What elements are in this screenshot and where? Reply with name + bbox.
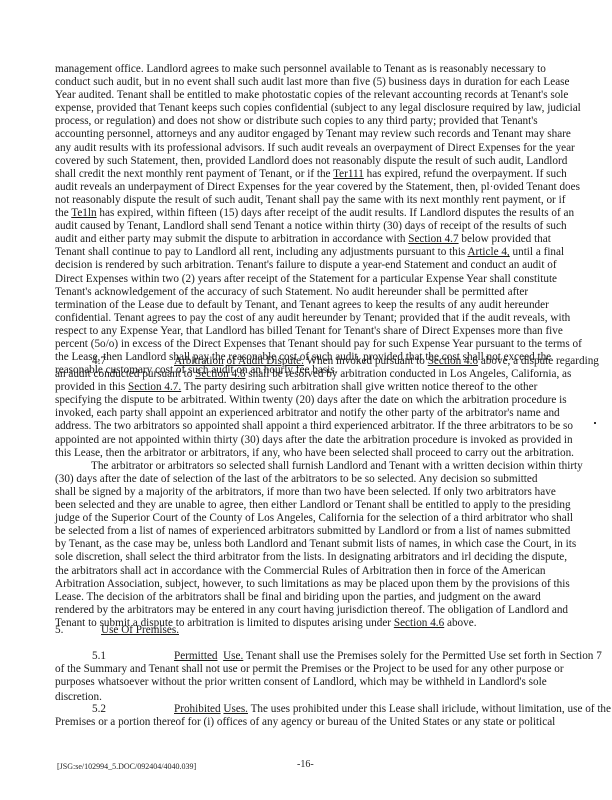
text-line: any audit results with its professional …	[55, 142, 603, 155]
text-line: conduct such audit, but in no event shal…	[55, 76, 603, 89]
section-title: of Audit Dispute.	[227, 355, 304, 367]
defined-term-term: Ter111	[333, 168, 364, 180]
text-span: The party desiring such arbitration shal…	[181, 381, 537, 393]
text-span: When invoked pursuant to	[304, 355, 428, 367]
section-4-6-reference: Section 4.6	[195, 368, 245, 380]
text-line: The arbitrator or arbitrators so selecte…	[55, 460, 603, 473]
text-line: not reasonably dispute the result of suc…	[55, 194, 603, 207]
text-span: Tenant shall use the Premises solely for…	[243, 650, 602, 662]
text-span: provided in this	[55, 381, 128, 393]
heading-line: 5.Use Of Premises.	[55, 624, 603, 637]
text-line: shall credit the next monthly rent payme…	[55, 168, 603, 181]
text-line: respect to any Expense Year, that Landlo…	[55, 325, 603, 338]
section-number: 5.2	[55, 703, 138, 716]
text-line: an audit conducted pursuant to Section 4…	[55, 368, 603, 381]
section-heading-line: 5.2Prohibited Uses. The uses prohibited …	[55, 703, 603, 716]
section-5-2: 5.2Prohibited Uses. The uses prohibited …	[55, 703, 603, 729]
text-line: shall be signed by a majority of the arb…	[55, 486, 603, 499]
text-line: the arbitrators shall act in accordance …	[55, 565, 603, 578]
text-span: The arbitrator or arbitrators so selecte…	[91, 460, 583, 472]
text-line: Premises or a portion thereof for (i) of…	[55, 716, 603, 729]
text-line: this Lease, then the arbitrator or arbit…	[55, 447, 603, 460]
text-line: purposes whatsoever without the prior wr…	[55, 676, 603, 689]
section-5-1: 5.1Permitted Use. Tenant shall use the P…	[55, 650, 603, 704]
section-4-7: 4.7Arbitration of Audit Dispute. When in…	[55, 355, 603, 630]
text-line: Tenant shall continue to pay to Landlord…	[55, 246, 603, 259]
text-line: been selected and they are unable to agr…	[55, 499, 603, 512]
text-line: accounting personnel, attorneys and any …	[55, 128, 603, 141]
text-span: until a final	[510, 246, 564, 258]
text-line: expense, provided that Tenant keeps such…	[55, 102, 603, 115]
text-line: management office. Landlord agrees to ma…	[55, 63, 603, 76]
text-line: of the Summary and Tenant shall not use …	[55, 663, 603, 676]
section-heading-line: 5.1Permitted Use. Tenant shall use the P…	[55, 650, 603, 663]
text-span: shall be resolved by arbitration conduct…	[245, 368, 571, 380]
section-4-7-reference: Section 4.7	[408, 233, 458, 245]
text-span: shall credit the next monthly rent payme…	[55, 168, 333, 180]
text-span: Tenant shall continue to pay to Landlord…	[55, 246, 467, 258]
scan-artifact-dot	[594, 422, 596, 424]
text-line: audit reveals an underpayment of Direct …	[55, 181, 603, 194]
text-line: address. The two arbitrators so appointe…	[55, 420, 603, 433]
text-span: the	[55, 207, 71, 219]
defined-term-term: Te1ln	[71, 207, 96, 219]
article-4-reference: Article 4,	[467, 246, 509, 258]
text-line: Arbitration Association, subject, howeve…	[55, 578, 603, 591]
document-id-footer: [JSG:se/102994_5.DOC/092404/4040.039]	[57, 760, 196, 773]
text-span: audit and either party may submit the di…	[55, 233, 408, 245]
text-line: Tenant's acknowledgement of the accuracy…	[55, 286, 603, 299]
text-line: covered by such Statement, then, provide…	[55, 155, 603, 168]
text-span: has expired, refund the overpayment. If …	[364, 168, 567, 180]
text-line: audit caused by Tenant, Landlord shall s…	[55, 220, 603, 233]
section-number: 4.7	[55, 355, 138, 368]
text-line: decision is rendered by such arbitration…	[55, 259, 603, 272]
text-line: process, or regulation) and does not sho…	[55, 115, 603, 128]
section-heading-line: 4.7Arbitration of Audit Dispute. When in…	[55, 355, 603, 368]
text-line: Year audited. Tenant shall be entitled t…	[55, 89, 603, 102]
article-title: Use Of Premises.	[101, 624, 179, 636]
text-line: confidential. Tenant agrees to pay the c…	[55, 312, 603, 325]
section-title: Arbitration	[174, 355, 224, 367]
page-number: -16-	[297, 758, 314, 771]
section-title: Permitted	[174, 650, 218, 662]
text-line: Direct Expenses within two (2) years aft…	[55, 273, 603, 286]
text-span: an audit conducted pursuant to	[55, 368, 195, 380]
article-5-heading: 5.Use Of Premises.	[55, 624, 603, 637]
section-4-6-continuation: management office. Landlord agrees to ma…	[55, 63, 603, 377]
text-line: audit and either party may submit the di…	[55, 233, 603, 246]
text-line: by Tenant, as the case may be, unless bo…	[55, 538, 603, 551]
text-line: sole discretion, shall select the third …	[55, 551, 603, 564]
text-span: above, a dispute regarding	[478, 355, 599, 367]
text-line: specifying the dispute to be arbitrated.…	[55, 394, 603, 407]
text-span: below provided that	[459, 233, 551, 245]
text-line: (30) days after the date of selection of…	[55, 473, 603, 486]
section-title: Use.	[223, 650, 243, 662]
text-line: rendered by the arbitrators may be enter…	[55, 604, 603, 617]
section-title: Uses.	[223, 703, 248, 715]
text-line: the Te1ln has expired, within fifteen (1…	[55, 207, 603, 220]
text-span: The uses prohibited under this Lease sha…	[248, 703, 611, 715]
text-line: be selected from a list of names of expe…	[55, 525, 603, 538]
text-span: has expired, within fifteen (15) days af…	[97, 207, 575, 219]
document-page: management office. Landlord agrees to ma…	[0, 0, 612, 800]
text-line: invoked, each party shall appoint an exp…	[55, 407, 603, 420]
section-4-7-reference: Section 4.7.	[128, 381, 181, 393]
section-4-6-reference: Section 4.6	[428, 355, 478, 367]
article-number: 5.	[55, 624, 101, 637]
text-line: judge of the Superior Court of the Count…	[55, 512, 603, 525]
text-line: provided in this Section 4.7. The party …	[55, 381, 603, 394]
section-title: Prohibited	[174, 703, 221, 715]
section-number: 5.1	[55, 650, 138, 663]
text-line: appointed are not appointed within thirt…	[55, 434, 603, 447]
text-line: percent (5o/o) in excess of the Direct E…	[55, 338, 603, 351]
text-line: termination of the Lease due to default …	[55, 299, 603, 312]
text-line: Lease. The decision of the arbitrators s…	[55, 591, 603, 604]
